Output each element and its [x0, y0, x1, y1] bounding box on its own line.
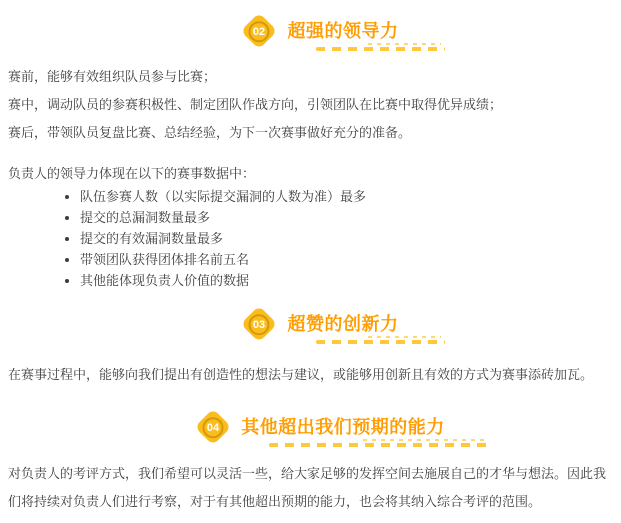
paragraph-line: 赛后，带领队员复盘比赛、总结经验，为下一次赛事做好充分的准备。	[8, 119, 613, 147]
paragraph-line: 赛中，调动队员的参赛积极性、制定团队作战方向，引领团队在比赛中取得优异成绩；	[8, 91, 613, 119]
diamond-badge-icon: 04	[194, 408, 231, 445]
section-number: 03	[249, 313, 270, 334]
list-item: 提交的总漏洞数量最多	[80, 207, 613, 228]
section-title: 其他超出我们预期的能力	[241, 416, 445, 438]
list-item: 带领团队获得团体排名前五名	[80, 249, 613, 270]
section-header-04: 04 其他超出我们预期的能力	[17, 408, 621, 445]
section-header-02: 02 超强的领导力	[17, 12, 621, 49]
section-title: 超赞的创新力	[288, 313, 399, 335]
list-intro: 负责人的领导力体现在以下的赛事数据中：	[8, 162, 613, 186]
diamond-badge-icon: 03	[241, 305, 278, 342]
dashed-underline-icon	[316, 336, 445, 346]
bullet-list: 队伍参赛人数（以实际提交漏洞的人数为准）最多 提交的总漏洞数量最多 提交的有效漏…	[8, 186, 613, 291]
section-title-wrap: 超强的领导力	[288, 20, 399, 42]
dashed-underline-icon	[316, 43, 445, 53]
paragraph: 对负责人的考评方式，我们希望可以灵活一些，给大家足够的发挥空间去施展自己的才华与…	[8, 460, 613, 516]
section-title-wrap: 其他超出我们预期的能力	[241, 416, 445, 438]
article-page: 02 超强的领导力 赛前，能够有效组织队员参与比赛； 赛中，调动队员的参赛积极性…	[0, 0, 621, 523]
paragraph-line: 赛前，能够有效组织队员参与比赛；	[8, 63, 613, 91]
section-number-badge: 04	[194, 408, 231, 445]
section-title: 超强的领导力	[288, 20, 399, 42]
diamond-badge-icon: 02	[241, 12, 278, 49]
section-title-wrap: 超赞的创新力	[288, 313, 399, 335]
section-number: 04	[202, 416, 223, 437]
paragraph: 赛前，能够有效组织队员参与比赛； 赛中，调动队员的参赛积极性、制定团队作战方向，…	[8, 63, 613, 147]
dashed-underline-icon	[269, 439, 491, 449]
section-header-03: 03 超赞的创新力	[17, 305, 621, 342]
section-number-badge: 02	[241, 12, 278, 49]
list-item: 提交的有效漏洞数量最多	[80, 228, 613, 249]
list-item: 队伍参赛人数（以实际提交漏洞的人数为准）最多	[80, 186, 613, 207]
paragraph: 在赛事过程中，能够向我们提出有创造性的想法与建议，或能够用创新且有效的方式为赛事…	[8, 361, 613, 389]
section-number: 02	[249, 20, 270, 41]
list-item: 其他能体现负责人价值的数据	[80, 270, 613, 291]
section-number-badge: 03	[241, 305, 278, 342]
